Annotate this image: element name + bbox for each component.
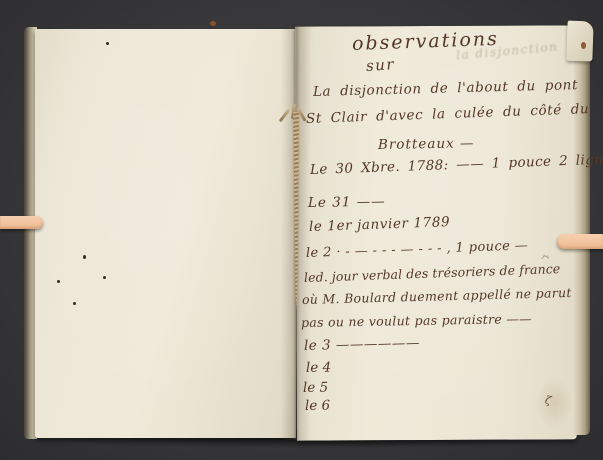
ink-speck	[57, 280, 60, 283]
ink-speck	[103, 276, 106, 279]
manuscript-line: Brotteaux —	[378, 136, 475, 153]
ink-speck	[83, 255, 86, 259]
manuscript-line: Le 31 ——	[308, 195, 386, 211]
manuscript-line: sur	[365, 56, 395, 74]
ink-speck	[106, 42, 109, 45]
rust-stain	[581, 42, 586, 49]
rust-speck-top	[210, 21, 216, 26]
ink-speck	[73, 302, 76, 305]
water-stain	[528, 368, 580, 438]
left-blank-page	[35, 29, 296, 438]
page-corner-curl	[566, 21, 593, 62]
bookmark-ribbon-right[interactable]	[557, 234, 603, 249]
manuscript-line: le 5	[303, 381, 328, 396]
manuscript-line: le 3 ——————	[304, 336, 420, 354]
manuscript-photo: la disjonction observations sur La disjo…	[0, 0, 603, 460]
manuscript-line: le 6	[305, 399, 330, 414]
bookmark-ribbon-left[interactable]	[0, 216, 43, 229]
manuscript-line: le 4	[306, 361, 331, 376]
